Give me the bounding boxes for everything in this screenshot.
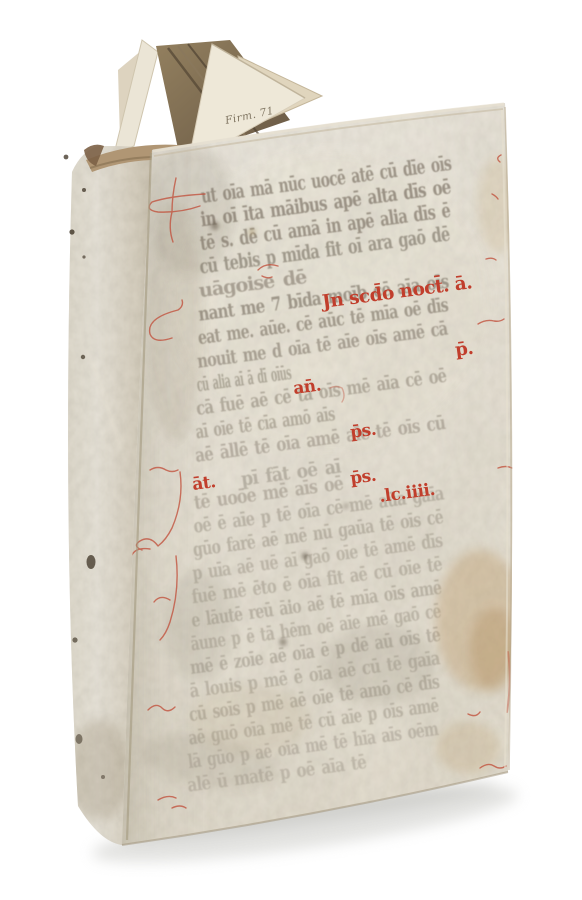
rubric-antiphon-left: āt. [191, 472, 217, 495]
wormhole [101, 775, 105, 779]
dirt-dot [280, 639, 287, 646]
rubric-psalm-1: p̄s. [349, 420, 377, 443]
wormhole [82, 188, 86, 192]
wormhole [72, 637, 77, 642]
wormhole [69, 229, 74, 234]
dirt-dot [344, 504, 349, 509]
manuscript-book-photo: Firm. 71 [0, 0, 582, 900]
smudge-gray [325, 625, 435, 705]
cover-detail: ut oīa mā nūc uocē atē cū dīe oīsin oī ī… [95, 95, 524, 855]
dirt-spot [87, 555, 96, 569]
dirt-spot [76, 734, 83, 744]
wormhole [81, 355, 85, 359]
dirt-dot [211, 222, 219, 230]
smudge-gray [165, 570, 235, 680]
dirt-dot [249, 229, 255, 235]
rubric-antiphon: an̄. [292, 375, 322, 399]
dirt-dot [302, 553, 308, 559]
wormhole [82, 255, 85, 258]
wormhole [64, 155, 69, 160]
stain-bottom-right [436, 722, 500, 774]
photo-stage: Firm. 71 [0, 0, 582, 900]
rubric-psalm-2: p̄s. [349, 466, 377, 489]
rubric-psalm-right: p̄. [454, 338, 474, 361]
